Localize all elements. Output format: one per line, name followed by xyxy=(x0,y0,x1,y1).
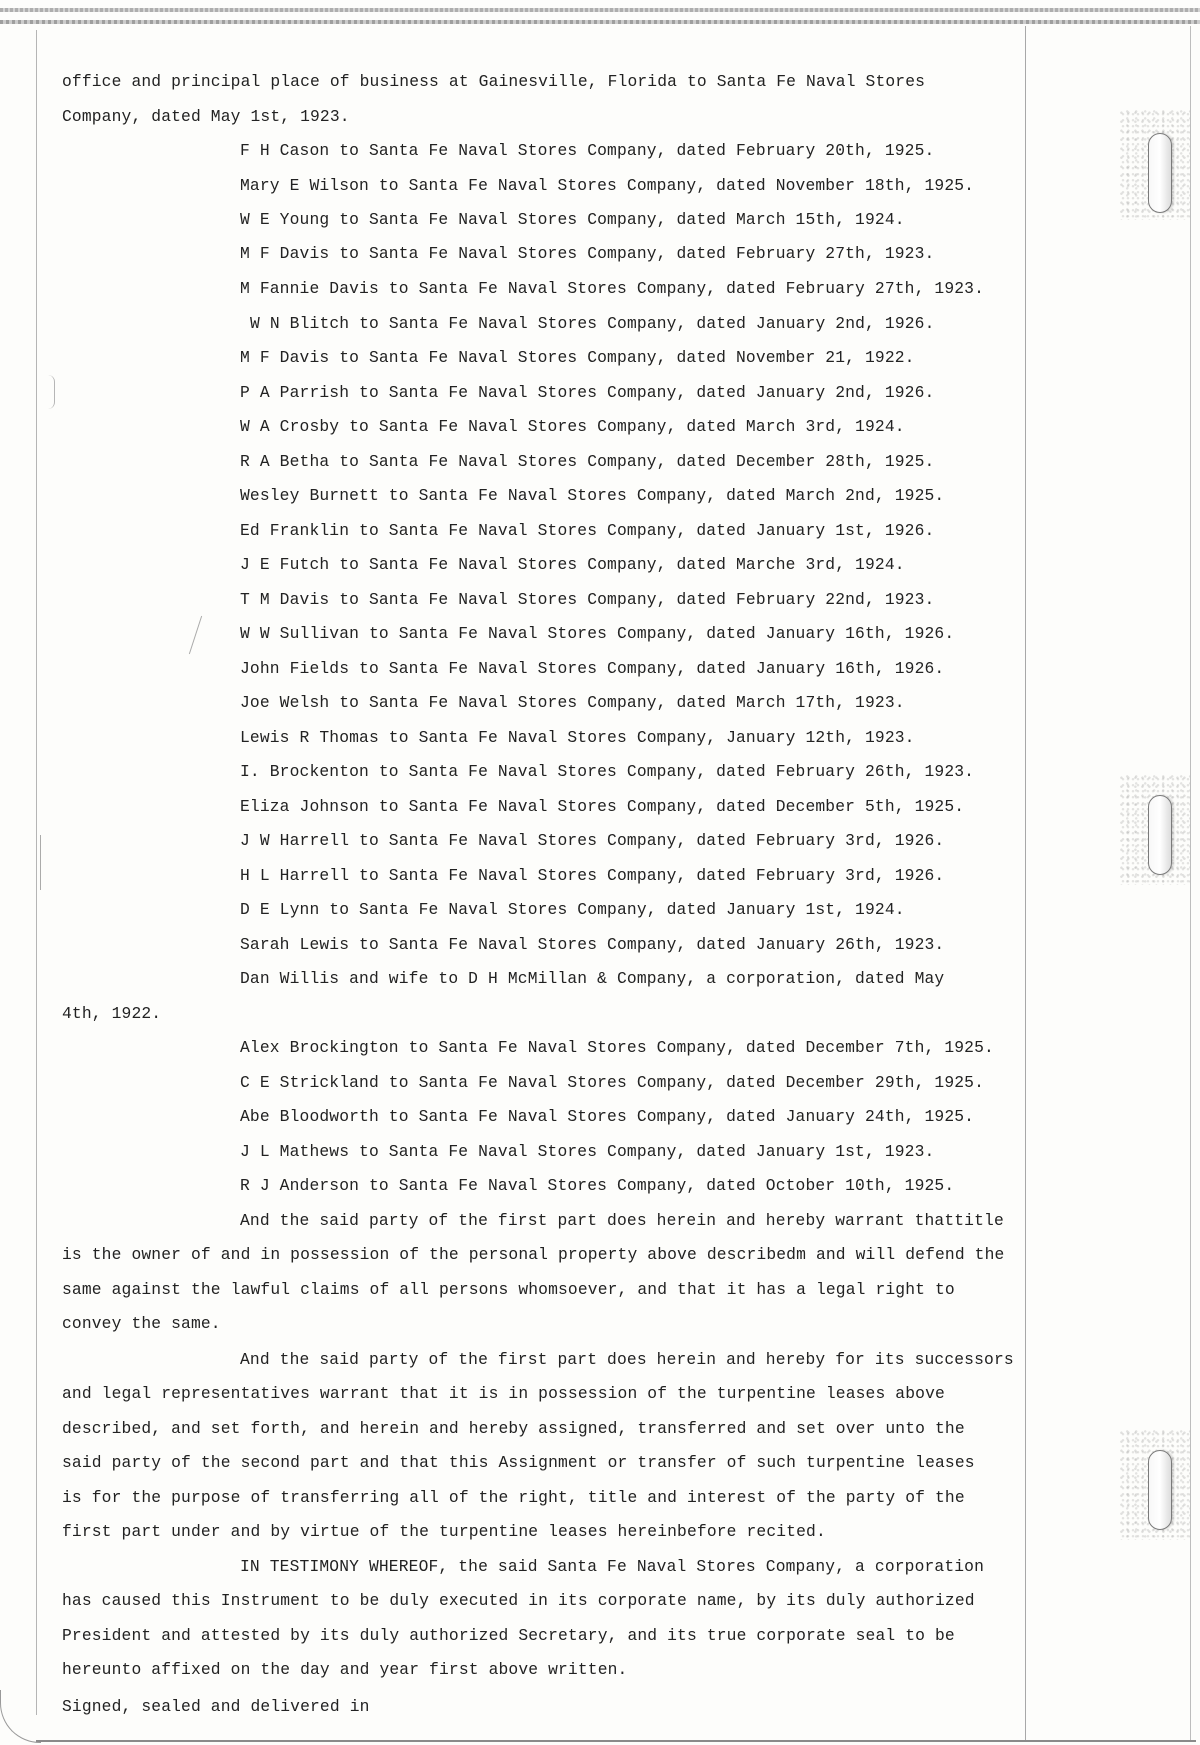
willis-entry-line-1: Dan Willis and wife to D H McMillan & Co… xyxy=(240,969,944,989)
leases-paragraph-line: is for the purpose of transferring all o… xyxy=(62,1488,965,1508)
conveyance-entry: John Fields to Santa Fe Naval Stores Com… xyxy=(240,659,944,679)
conveyance-entry: W N Blitch to Santa Fe Naval Stores Comp… xyxy=(250,314,935,334)
conveyance-entry: H L Harrell to Santa Fe Naval Stores Com… xyxy=(240,866,944,886)
leases-paragraph-line: first part under and by virtue of the tu… xyxy=(62,1522,826,1542)
leases-paragraph-line: And the said party of the first part doe… xyxy=(240,1350,1014,1370)
punch-hole-icon xyxy=(1148,1450,1172,1530)
willis-entry-line-2: 4th, 1922. xyxy=(62,1004,161,1024)
warranty-paragraph-line: convey the same. xyxy=(62,1314,221,1334)
testimony-paragraph-line: hereunto affixed on the day and year fir… xyxy=(62,1660,627,1680)
pencil-mark xyxy=(40,835,41,890)
left-margin-line xyxy=(36,30,37,1715)
conveyance-entry: M F Davis to Santa Fe Naval Stores Compa… xyxy=(240,244,934,264)
conveyance-entry: J L Mathews to Santa Fe Naval Stores Com… xyxy=(240,1142,934,1162)
conveyance-entry: M Fannie Davis to Santa Fe Naval Stores … xyxy=(240,279,984,299)
bottom-rule xyxy=(36,1740,1196,1742)
page-edge-line xyxy=(1190,26,1191,1741)
closing-line: Signed, sealed and delivered in xyxy=(62,1697,370,1717)
conveyance-entry: Wesley Burnett to Santa Fe Naval Stores … xyxy=(240,486,944,506)
page-corner-curl xyxy=(0,1690,41,1743)
conveyance-entry: D E Lynn to Santa Fe Naval Stores Compan… xyxy=(240,900,905,920)
conveyance-entry: W A Crosby to Santa Fe Naval Stores Comp… xyxy=(240,417,905,437)
punch-hole-icon xyxy=(1148,795,1172,875)
conveyance-entry: T M Davis to Santa Fe Naval Stores Compa… xyxy=(240,590,934,610)
document-page: office and principal place of business a… xyxy=(0,0,1200,1745)
top-rule xyxy=(0,8,1200,12)
conveyance-entry: Joe Welsh to Santa Fe Naval Stores Compa… xyxy=(240,693,905,713)
conveyance-entry: Ed Franklin to Santa Fe Naval Stores Com… xyxy=(240,521,934,541)
opening-line-2: Company, dated May 1st, 1923. xyxy=(62,107,350,127)
conveyance-entry: Abe Bloodworth to Santa Fe Naval Stores … xyxy=(240,1107,974,1127)
leases-paragraph-line: said party of the second part and that t… xyxy=(62,1453,975,1473)
conveyance-entry: Lewis R Thomas to Santa Fe Naval Stores … xyxy=(240,728,915,748)
conveyance-entry: W W Sullivan to Santa Fe Naval Stores Co… xyxy=(240,624,954,644)
warranty-paragraph-line: is the owner of and in possession of the… xyxy=(62,1245,1004,1265)
conveyance-entry: Eliza Johnson to Santa Fe Naval Stores C… xyxy=(240,797,964,817)
pencil-mark xyxy=(189,616,202,654)
leases-paragraph-line: described, and set forth, and herein and… xyxy=(62,1419,965,1439)
conveyance-entry: M F Davis to Santa Fe Naval Stores Compa… xyxy=(240,348,915,368)
conveyance-entry: J W Harrell to Santa Fe Naval Stores Com… xyxy=(240,831,944,851)
conveyance-entry: Alex Brockington to Santa Fe Naval Store… xyxy=(240,1038,994,1058)
conveyance-entry: R A Betha to Santa Fe Naval Stores Compa… xyxy=(240,452,934,472)
conveyance-entry: P A Parrish to Santa Fe Naval Stores Com… xyxy=(240,383,934,403)
testimony-paragraph-line: President and attested by its duly autho… xyxy=(62,1626,955,1646)
top-rule-double xyxy=(0,20,1200,24)
leases-paragraph-line: and legal representatives warrant that i… xyxy=(62,1384,945,1404)
conveyance-entry: I. Brockenton to Santa Fe Naval Stores C… xyxy=(240,762,974,782)
conveyance-entry: Mary E Wilson to Santa Fe Naval Stores C… xyxy=(240,176,974,196)
pencil-mark xyxy=(48,375,55,409)
conveyance-entry: C E Strickland to Santa Fe Naval Stores … xyxy=(240,1073,984,1093)
conveyance-entry: W E Young to Santa Fe Naval Stores Compa… xyxy=(240,210,905,230)
conveyance-entry: Sarah Lewis to Santa Fe Naval Stores Com… xyxy=(240,935,944,955)
testimony-paragraph-line: IN TESTIMONY WHEREOF, the said Santa Fe … xyxy=(240,1557,984,1577)
warranty-paragraph-line: And the said party of the first part doe… xyxy=(240,1211,1004,1231)
punch-hole-icon xyxy=(1148,133,1172,213)
conveyance-entry: J E Futch to Santa Fe Naval Stores Compa… xyxy=(240,555,905,575)
warranty-paragraph-line: same against the lawful claims of all pe… xyxy=(62,1280,955,1300)
conveyance-entry: R J Anderson to Santa Fe Naval Stores Co… xyxy=(240,1176,954,1196)
conveyance-entry: F H Cason to Santa Fe Naval Stores Compa… xyxy=(240,141,934,161)
testimony-paragraph-line: has caused this Instrument to be duly ex… xyxy=(62,1591,975,1611)
right-margin-line xyxy=(1025,26,1026,1741)
opening-line-1: office and principal place of business a… xyxy=(62,72,925,92)
